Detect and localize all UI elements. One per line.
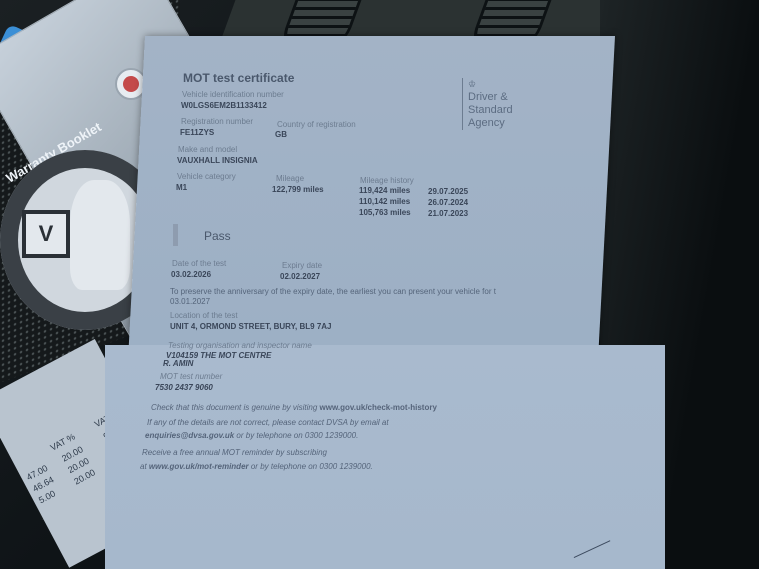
anniversary-date: 03.01.2027 (170, 297, 210, 306)
issuer-line: Agency (468, 117, 513, 130)
history-miles: 110,142 miles (359, 197, 410, 206)
test-date-value: 03.02.2026 (171, 270, 211, 279)
contact-line1: If any of the details are not correct, p… (147, 418, 389, 427)
mileage-label: Mileage (276, 174, 304, 183)
history-date: 29.07.2025 (428, 187, 468, 196)
history-date: 21.07.2023 (428, 209, 468, 218)
expiry-label: Expiry date (282, 261, 322, 270)
registration-value: FE11ZYS (180, 128, 214, 137)
org-label: Testing organisation and inspector name (168, 341, 312, 350)
reminder-line2: at www.gov.uk/mot-reminder or by telepho… (140, 462, 373, 471)
griffin-icon (70, 180, 130, 290)
mileage-value: 122,799 miles (272, 185, 324, 194)
test-number-label: MOT test number (160, 372, 222, 381)
make-model-label: Make and model (178, 145, 237, 154)
test-number-value: 7530 2437 9060 (155, 383, 213, 392)
royal-crest-icon: ♔ (468, 78, 513, 91)
certificate-title: MOT test certificate (183, 71, 294, 85)
category-label: Vehicle category (177, 172, 236, 181)
v-emblem-icon: V (22, 210, 70, 258)
location-label: Location of the test (170, 311, 238, 320)
history-miles: 105,763 miles (359, 208, 411, 217)
check-text: Check that this document is genuine by v… (151, 403, 437, 412)
photo-scene: Warranty Booklet V VAT % VAT 47.00 20.00… (0, 0, 759, 569)
expiry-value: 02.02.2027 (280, 272, 320, 281)
reminder-line1: Receive a free annual MOT reminder by su… (142, 448, 327, 457)
result-status: Pass (204, 229, 231, 243)
check-text-prefix: Check that this document is genuine by v… (151, 403, 317, 412)
contact-phone: or by telephone on 0300 1239000. (236, 431, 358, 440)
location-value: UNIT 4, ORMOND STREET, BURY, BL9 7AJ (170, 322, 332, 331)
mileage-history-label: Mileage history (360, 176, 414, 185)
registration-label: Registration number (181, 117, 253, 126)
result-bar (173, 224, 178, 246)
test-date-label: Date of the test (172, 259, 226, 268)
reminder-phone: or by telephone on 0300 1239000. (251, 462, 373, 471)
reminder-prefix: at (140, 462, 147, 471)
contact-line2: enquiries@dvsa.gov.uk or by telephone on… (145, 431, 358, 440)
check-url-link[interactable]: www.gov.uk/check-mot-history (320, 403, 437, 412)
country-value: GB (275, 130, 287, 139)
reminder-url-link[interactable]: www.gov.uk/mot-reminder (149, 462, 249, 471)
category-value: M1 (176, 183, 187, 192)
inspector-value: R. AMIN (163, 359, 193, 368)
make-model-value: VAUXHALL INSIGNIA (177, 156, 258, 165)
history-miles: 119,424 miles (359, 186, 410, 195)
anniversary-note: To preserve the anniversary of the expir… (170, 287, 496, 296)
vin-value: W0LGS6EM2B1133412 (181, 101, 267, 110)
vin-label: Vehicle identification number (182, 90, 284, 99)
country-label: Country of registration (277, 120, 356, 129)
issuer-line: Standard (468, 104, 513, 117)
contact-email-link[interactable]: enquiries@dvsa.gov.uk (145, 431, 234, 440)
dvsa-logo: ♔ Driver & Standard Agency (462, 78, 513, 130)
history-date: 26.07.2024 (428, 198, 468, 207)
issuer-line: Driver & (468, 91, 513, 104)
